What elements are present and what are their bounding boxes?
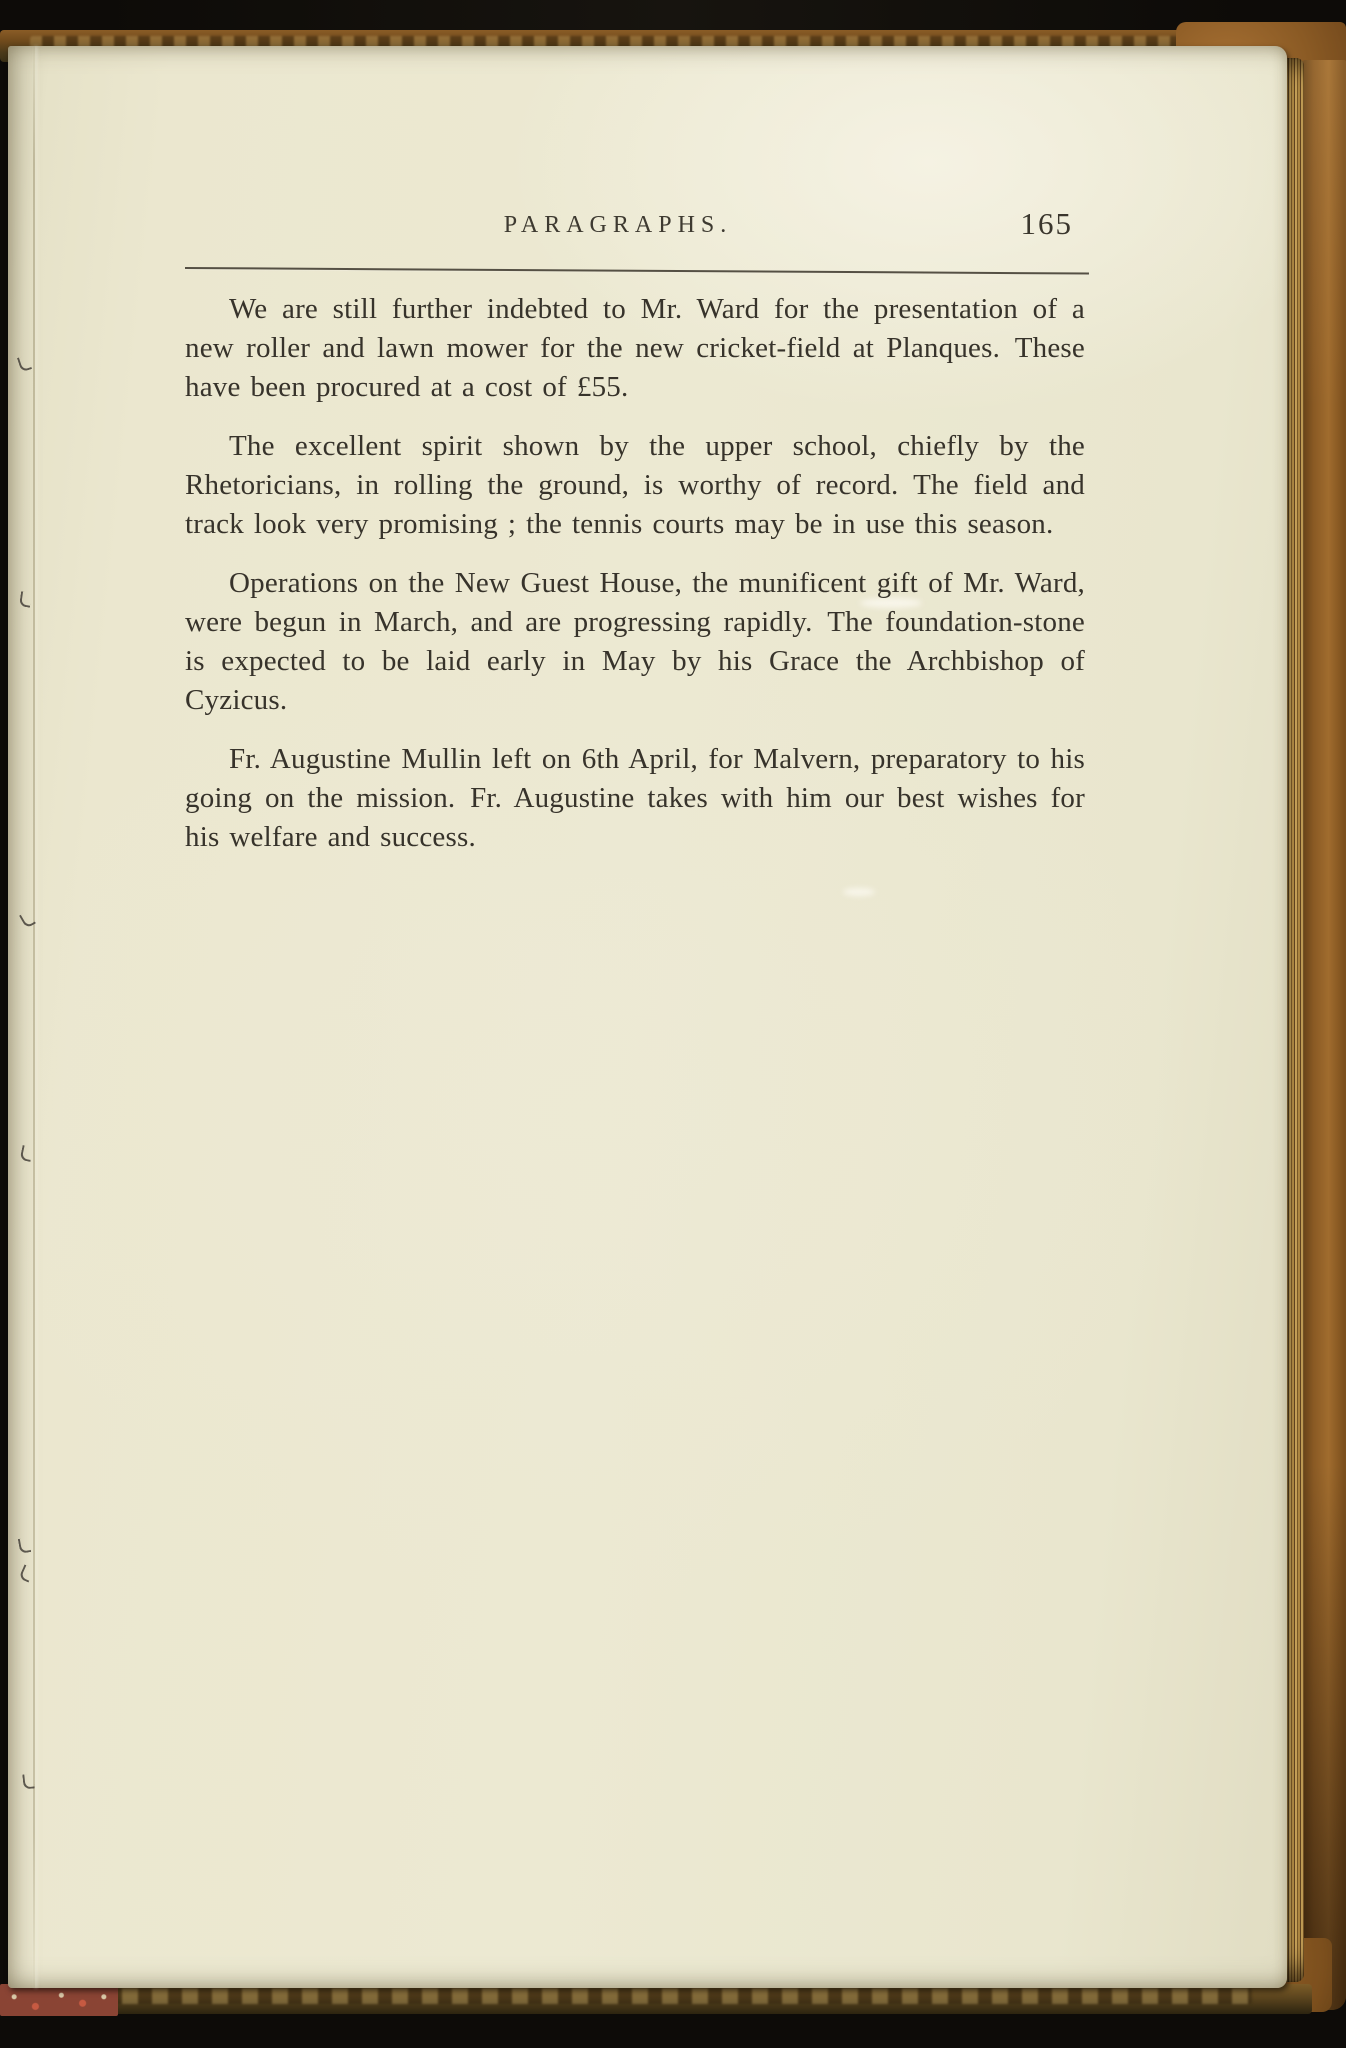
page-title: PARAGRAPHS. [167, 212, 1069, 239]
page-body-text: We are still further indebted to Mr. War… [185, 290, 1085, 877]
book-page: PARAGRAPHS. 165 We are still further ind… [8, 46, 1287, 1988]
paragraph: Operations on the New Guest House, the m… [185, 564, 1085, 720]
running-head: PARAGRAPHS. 165 [185, 206, 1087, 258]
gutter-ink-mark [19, 591, 32, 607]
page-gutter-crease [33, 46, 35, 1988]
gutter-ink-mark [20, 1145, 34, 1162]
gutter-ink-mark [17, 355, 32, 373]
paragraph: The excellent spirit shown by the upper … [185, 427, 1085, 544]
photo-background: PARAGRAPHS. 165 We are still further ind… [0, 0, 1346, 2048]
paragraph: We are still further indebted to Mr. War… [185, 290, 1085, 407]
marbled-edge-bottom-left [0, 1984, 118, 2016]
book-bottom-cover-edge [22, 1984, 1312, 2014]
paragraph: Fr. Augustine Mullin left on 6th April, … [185, 740, 1085, 857]
book-cover-right [1300, 60, 1346, 2010]
header-rule [185, 267, 1089, 275]
paper-smudge [843, 888, 875, 896]
page-number: 165 [1021, 206, 1074, 242]
gutter-ink-mark [22, 1773, 35, 1789]
gutter-ink-mark [18, 1537, 31, 1554]
